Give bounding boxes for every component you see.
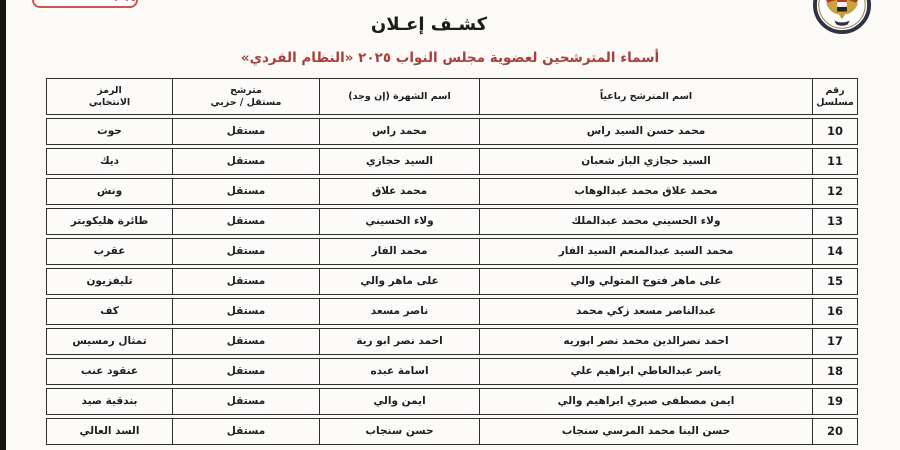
cell-electoral-symbol: السد العالي: [46, 418, 173, 445]
header-affiliation-line1: مترشح: [230, 85, 262, 97]
cell-serial-number: 20: [812, 418, 858, 445]
cell-affiliation: مستقل: [172, 328, 320, 355]
cell-serial-number: 12: [812, 178, 858, 205]
cell-electoral-symbol: بندقية صيد: [46, 388, 173, 415]
cell-known-as: ايمن والي: [319, 388, 480, 415]
cell-serial-number: 19: [812, 388, 858, 415]
cell-known-as: على ماهر والي: [319, 268, 480, 295]
table-row: 14 محمد السيد عبدالمنعم السيد الفار محمد…: [45, 238, 858, 265]
cell-serial-number: 11: [812, 148, 858, 175]
cell-candidate-name: عبدالناصر مسعد زكي محمد: [479, 298, 813, 325]
cell-serial-number: 18: [812, 358, 858, 385]
cell-electoral-symbol: تليفزيون: [46, 268, 173, 295]
table-row: 20 حسن البنا محمد المرسي سنجاب حسن سنجاب…: [45, 418, 858, 445]
header-candidate-name: اسم المترشح رباعياً: [479, 78, 813, 115]
cell-known-as: احمد نصر ابو رية: [319, 328, 480, 355]
cell-electoral-symbol: طائرة هليكوبتر: [46, 208, 173, 235]
cell-candidate-name: ولاء الحسيني محمد عبدالملك: [479, 208, 813, 235]
cell-candidate-name: ياسر عبدالعاطي ابراهيم علي: [479, 358, 813, 385]
cell-electoral-symbol: حوت: [46, 118, 173, 145]
cell-electoral-symbol: عقرب: [46, 238, 173, 265]
cell-known-as: محمد راس: [319, 118, 480, 145]
cell-serial-number: 10: [812, 118, 858, 145]
cell-electoral-symbol: كف: [46, 298, 173, 325]
table-row: 17 احمد نصرالدين محمد نصر ابوريه احمد نص…: [45, 328, 858, 355]
table-row: 19 ايمن مصطفى صبري ابراهيم والي ايمن وال…: [45, 388, 858, 415]
table-row: 13 ولاء الحسيني محمد عبدالملك ولاء الحسي…: [45, 208, 858, 235]
table-row: 12 محمد علاق محمد عبدالوهاب محمد علاق مس…: [45, 178, 858, 205]
scan-edge-strip: [0, 0, 6, 450]
cell-candidate-name: ايمن مصطفى صبري ابراهيم والي: [479, 388, 813, 415]
header-serial-line1: رقم: [825, 85, 844, 97]
page-title: كشـف إعـلان: [0, 14, 858, 35]
header-known-as-label: اسم الشهرة (إن وجد): [348, 91, 451, 103]
cell-serial-number: 14: [812, 238, 858, 265]
cell-candidate-name: محمد علاق محمد عبدالوهاب: [479, 178, 813, 205]
cell-affiliation: مستقل: [172, 148, 320, 175]
cell-electoral-symbol: ونش: [46, 178, 173, 205]
cell-candidate-name: محمد السيد عبدالمنعم السيد الفار: [479, 238, 813, 265]
candidates-table: رقم مسلسل اسم المترشح رباعياً اسم الشهرة…: [45, 78, 858, 448]
header-electoral-symbol: الرمز الانتخابي: [46, 78, 173, 115]
document-sheet: انتخابات مجلس النواب ٢٠٢٥ كشـف إعـلان أس…: [0, 0, 900, 450]
cell-affiliation: مستقل: [172, 388, 320, 415]
table-row: 11 السيد حجازي الباز شعبان السيد حجازي م…: [45, 148, 858, 175]
header-serial-line2: مسلسل: [816, 97, 854, 109]
cell-candidate-name: احمد نصرالدين محمد نصر ابوريه: [479, 328, 813, 355]
cell-affiliation: مستقل: [172, 418, 320, 445]
cell-serial-number: 15: [812, 268, 858, 295]
cell-affiliation: مستقل: [172, 358, 320, 385]
cell-serial-number: 17: [812, 328, 858, 355]
header-affiliation: مترشح مستقل / حزبي: [172, 78, 320, 115]
table-header-row: رقم مسلسل اسم المترشح رباعياً اسم الشهرة…: [45, 78, 858, 115]
cell-affiliation: مستقل: [172, 208, 320, 235]
table-row: 15 على ماهر فتوح المتولي والي على ماهر و…: [45, 268, 858, 295]
cell-known-as: محمد الفار: [319, 238, 480, 265]
table-row: 16 عبدالناصر مسعد زكي محمد ناصر مسعد مست…: [45, 298, 858, 325]
cell-affiliation: مستقل: [172, 118, 320, 145]
cell-candidate-name: محمد حسن السيد راس: [479, 118, 813, 145]
header-electoral-symbol-line1: الرمز: [97, 85, 122, 97]
election-badge-label: انتخابات مجلس النواب ٢٠٢٥: [34, 0, 136, 4]
cell-affiliation: مستقل: [172, 178, 320, 205]
cell-electoral-symbol: تمثال رمسيس: [46, 328, 173, 355]
header-serial: رقم مسلسل: [812, 78, 858, 115]
table-row: 18 ياسر عبدالعاطي ابراهيم علي اسامة عبده…: [45, 358, 858, 385]
election-badge: انتخابات مجلس النواب ٢٠٢٥: [32, 0, 138, 8]
cell-candidate-name: على ماهر فتوح المتولي والي: [479, 268, 813, 295]
cell-known-as: ناصر مسعد: [319, 298, 480, 325]
cell-serial-number: 13: [812, 208, 858, 235]
cell-affiliation: مستقل: [172, 298, 320, 325]
cell-serial-number: 16: [812, 298, 858, 325]
header-electoral-symbol-line2: الانتخابي: [89, 97, 130, 109]
table-row: 10 محمد حسن السيد راس محمد راس مستقل حوت: [45, 118, 858, 145]
cell-candidate-name: حسن البنا محمد المرسي سنجاب: [479, 418, 813, 445]
cell-known-as: حسن سنجاب: [319, 418, 480, 445]
header-affiliation-line2: مستقل / حزبي: [211, 97, 282, 109]
header-known-as: اسم الشهرة (إن وجد): [319, 78, 480, 115]
page-subtitle: أسماء المترشحين لعضوية مجلس النواب ٢٠٢٥ …: [0, 50, 900, 66]
cell-affiliation: مستقل: [172, 268, 320, 295]
table-body: 10 محمد حسن السيد راس محمد راس مستقل حوت…: [45, 118, 858, 445]
cell-known-as: السيد حجازي: [319, 148, 480, 175]
cell-known-as: محمد علاق: [319, 178, 480, 205]
cell-candidate-name: السيد حجازي الباز شعبان: [479, 148, 813, 175]
cell-known-as: اسامة عبده: [319, 358, 480, 385]
cell-affiliation: مستقل: [172, 238, 320, 265]
cell-known-as: ولاء الحسيني: [319, 208, 480, 235]
cell-electoral-symbol: عنقود عنب: [46, 358, 173, 385]
cell-electoral-symbol: ديك: [46, 148, 173, 175]
header-candidate-name-label: اسم المترشح رباعياً: [600, 91, 692, 103]
